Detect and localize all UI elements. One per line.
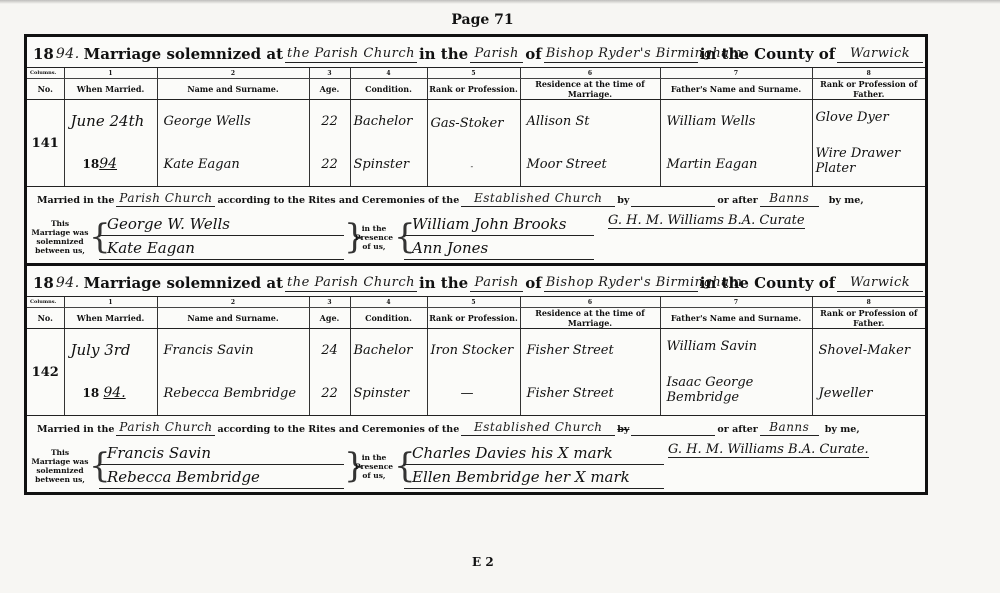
marriage-year-suffix: 94. xyxy=(103,385,125,401)
col-num: 5 xyxy=(427,297,520,308)
label-solemnized-at: Marriage solemnized at xyxy=(84,45,283,67)
column-header-row: No. When Married. Name and Surname. Age.… xyxy=(27,308,925,329)
col-num: 2 xyxy=(157,68,309,79)
entry-heading: 18 94. Marriage solemnized at the Parish… xyxy=(27,266,925,297)
by-field xyxy=(631,434,715,436)
col-num: 1 xyxy=(64,297,157,308)
bride-signature: Rebecca Bembridge xyxy=(99,467,344,489)
brace-icon: { xyxy=(394,449,404,483)
banns-field: Banns xyxy=(760,191,819,207)
married-in-line: Married in the Parish Church according t… xyxy=(27,186,925,211)
label-county: in the County of xyxy=(700,45,836,67)
header-rank: Rank or Profession. xyxy=(427,308,520,329)
groom-rank: Gas-Stoker xyxy=(431,116,520,131)
label-of: of xyxy=(525,45,541,67)
marriage-register: 18 94. Marriage solemnized at the Parish… xyxy=(24,34,928,495)
header-age: Age. xyxy=(309,79,350,100)
header-name: Name and Surname. xyxy=(157,79,309,100)
col-num: 3 xyxy=(309,68,350,79)
groom-condition: Bachelor xyxy=(354,114,427,129)
signature-block: This Marriage was solemnized between us,… xyxy=(27,211,925,263)
by-field xyxy=(631,205,715,207)
entry-number: 142 xyxy=(27,329,64,416)
col-num: 4 xyxy=(350,297,427,308)
groom-rank: Iron Stocker xyxy=(431,343,520,358)
header-father-name: Father's Name and Surname. xyxy=(660,308,812,329)
bride-father-rank: Wire Drawer Plater xyxy=(816,146,926,176)
witness-1-signature: William John Brooks xyxy=(404,214,594,236)
witness-2-signature: Ann Jones xyxy=(404,238,594,260)
bride-condition: Spinster xyxy=(354,157,427,172)
label-between-us: This Marriage was solemnized between us, xyxy=(31,448,89,484)
label-by-me: by me, xyxy=(829,195,864,211)
label-rites: according to the Rites and Ceremonies of… xyxy=(217,195,459,211)
year-prefix: 18 xyxy=(33,45,54,67)
entry-number: 141 xyxy=(27,100,64,187)
bride-name: Kate Eagan xyxy=(164,157,309,172)
groom-father-name: William Savin xyxy=(667,339,812,354)
marriage-date: July 3rd xyxy=(71,341,131,359)
entry-table: Columns. 1 2 3 4 5 6 7 8 No. When Marrie… xyxy=(27,68,925,186)
groom-age: 22 xyxy=(321,114,338,129)
col-num: 6 xyxy=(520,297,660,308)
bride-signature: Kate Eagan xyxy=(99,238,344,260)
bride-rank: — xyxy=(431,386,520,401)
when-married: June 24th 1894 xyxy=(65,100,157,186)
col-num: 2 xyxy=(157,297,309,308)
page-footer-mark: E 2 xyxy=(472,555,494,569)
header-father-rank: Rank or Profession of Father. xyxy=(812,79,925,100)
page-edge-shadow xyxy=(0,0,1000,4)
groom-residence: Fisher Street xyxy=(527,343,660,358)
register-entry-142: 18 94. Marriage solemnized at the Parish… xyxy=(27,263,925,492)
label-between-us: This Marriage was solemnized between us, xyxy=(31,219,89,255)
label-in-the: in the xyxy=(419,45,468,67)
marriage-year-prefix: 18 xyxy=(83,386,100,400)
bride-residence: Moor Street xyxy=(527,157,660,172)
groom-residence: Allison St xyxy=(527,114,660,129)
header-rank: Rank or Profession. xyxy=(427,79,520,100)
place-field: the Parish Church xyxy=(285,275,417,292)
column-number-row: Columns. 1 2 3 4 5 6 7 8 xyxy=(27,297,925,308)
bride-age: 22 xyxy=(321,386,338,401)
married-in-line: Married in the Parish Church according t… xyxy=(27,415,925,440)
bride-name: Rebecca Bembridge xyxy=(164,386,309,401)
label-solemnized-at: Marriage solemnized at xyxy=(84,274,283,296)
table-row: 141 June 24th 1894 George Wells Kate Eag… xyxy=(27,100,925,187)
rites-field: Established Church xyxy=(461,191,615,207)
header-when-married: When Married. xyxy=(64,308,157,329)
label-presence: in the Presence of us, xyxy=(354,224,394,251)
page-title: Page 71 xyxy=(0,12,1000,28)
groom-name: Francis Savin xyxy=(164,343,309,358)
brace-icon: { xyxy=(89,449,99,483)
header-father-name: Father's Name and Surname. xyxy=(660,79,812,100)
label-presence: in the Presence of us, xyxy=(354,453,394,480)
label-by-me: by me, xyxy=(825,424,860,440)
parish-name-field: Bishop Ryder's Birmingham xyxy=(544,46,698,63)
groom-signature: Francis Savin xyxy=(99,443,344,465)
label-rites: according to the Rites and Ceremonies of… xyxy=(217,424,459,440)
col-num: 3 xyxy=(309,297,350,308)
officiant-signature: G. H. M. Williams B.A. Curate. xyxy=(668,442,869,458)
bride-father-name: Martin Eagan xyxy=(667,157,812,172)
marriage-year-suffix: 94 xyxy=(99,156,117,172)
brace-icon: } xyxy=(344,449,354,483)
year-prefix: 18 xyxy=(33,274,54,296)
register-entry-141: 18 94. Marriage solemnized at the Parish… xyxy=(27,37,925,263)
header-no: No. xyxy=(27,308,64,329)
married-in-field: Parish Church xyxy=(116,191,215,207)
label-in-the: in the xyxy=(419,274,468,296)
col-num: 5 xyxy=(427,68,520,79)
parish-type-field: Parish xyxy=(470,46,523,63)
groom-father-rank: Glove Dyer xyxy=(816,110,926,125)
column-number-row: Columns. 1 2 3 4 5 6 7 8 xyxy=(27,68,925,79)
banns-field: Banns xyxy=(760,420,819,436)
header-condition: Condition. xyxy=(350,308,427,329)
groom-signature: George W. Wells xyxy=(99,214,344,236)
county-field: Warwick xyxy=(837,46,923,63)
header-name: Name and Surname. xyxy=(157,308,309,329)
col-num: 7 xyxy=(660,68,812,79)
col-num: 4 xyxy=(350,68,427,79)
rites-field: Established Church xyxy=(461,420,615,436)
bride-rank: - xyxy=(431,162,520,171)
col-num: 8 xyxy=(812,297,925,308)
marriage-year-prefix: 18 xyxy=(83,157,100,171)
entry-heading: 18 94. Marriage solemnized at the Parish… xyxy=(27,37,925,68)
header-when-married: When Married. xyxy=(64,79,157,100)
year-suffix: 94. xyxy=(54,46,82,63)
bride-father-name: Isaac George Bembridge xyxy=(667,375,812,405)
groom-father-name: William Wells xyxy=(667,114,812,129)
column-header-row: No. When Married. Name and Surname. Age.… xyxy=(27,79,925,100)
col-num: 1 xyxy=(64,68,157,79)
label-by: by xyxy=(617,424,629,440)
col-num: 8 xyxy=(812,68,925,79)
label-by: by xyxy=(617,195,629,211)
witness-1-signature: Charles Davies his X mark xyxy=(404,443,664,465)
label-married-in: Married in the xyxy=(37,195,114,211)
groom-age: 24 xyxy=(321,343,338,358)
label-of: of xyxy=(525,274,541,296)
label-or-after: or after xyxy=(717,195,757,211)
header-father-rank: Rank or Profession of Father. xyxy=(812,308,925,329)
bride-residence: Fisher Street xyxy=(527,386,660,401)
header-age: Age. xyxy=(309,308,350,329)
col-num: 7 xyxy=(660,297,812,308)
bride-father-rank: Jeweller xyxy=(819,386,926,401)
married-in-field: Parish Church xyxy=(116,420,215,436)
bride-age: 22 xyxy=(321,157,338,172)
header-residence: Residence at the time of Marriage. xyxy=(520,79,660,100)
brace-icon: { xyxy=(89,220,99,254)
label-married-in: Married in the xyxy=(37,424,114,440)
place-field: the Parish Church xyxy=(285,46,417,63)
groom-name: George Wells xyxy=(164,114,309,129)
header-no: No. xyxy=(27,79,64,100)
header-condition: Condition. xyxy=(350,79,427,100)
label-county: in the County of xyxy=(700,274,836,296)
brace-icon: { xyxy=(394,220,404,254)
bride-condition: Spinster xyxy=(354,386,427,401)
parish-type-field: Parish xyxy=(470,275,523,292)
groom-condition: Bachelor xyxy=(354,343,427,358)
label-or-after: or after xyxy=(717,424,757,440)
county-field: Warwick xyxy=(837,275,923,292)
entry-table: Columns. 1 2 3 4 5 6 7 8 No. When Marrie… xyxy=(27,297,925,415)
brace-icon: } xyxy=(344,220,354,254)
groom-father-rank: Shovel-Maker xyxy=(819,343,926,358)
when-married: July 3rd 18 94. xyxy=(65,329,157,415)
signature-block: This Marriage was solemnized between us,… xyxy=(27,440,925,492)
year-suffix: 94. xyxy=(54,275,82,292)
columns-label: Columns. xyxy=(27,68,64,79)
table-row: 142 July 3rd 18 94. Francis Savin Rebecc… xyxy=(27,329,925,416)
parish-name-field: Bishop Ryder's Birmingham xyxy=(544,275,698,292)
columns-label: Columns. xyxy=(27,297,64,308)
witness-2-signature: Ellen Bembridge her X mark xyxy=(404,467,664,489)
marriage-date: June 24th xyxy=(71,112,145,130)
officiant-signature: G. H. M. Williams B.A. Curate xyxy=(608,213,805,229)
col-num: 6 xyxy=(520,68,660,79)
header-residence: Residence at the time of Marriage. xyxy=(520,308,660,329)
